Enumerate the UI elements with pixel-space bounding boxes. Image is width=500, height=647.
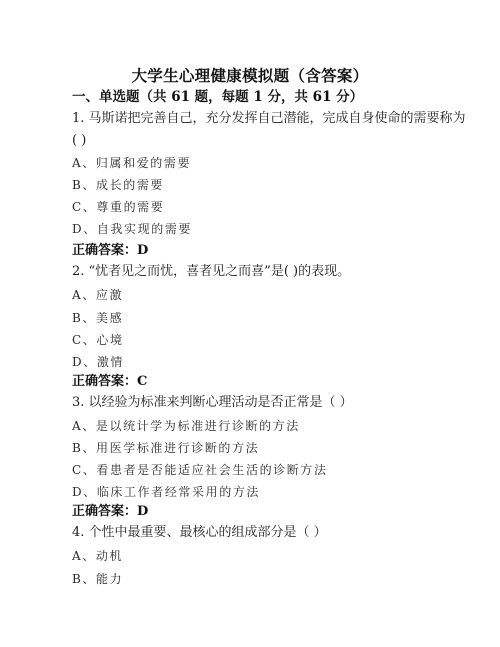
question-3-option-c: C、看患者是否能适应社会生活的诊断方法: [72, 461, 328, 479]
question-4-stem: 4. 个性中最重要、最核心的组成部分是（ ）: [72, 524, 327, 542]
document-title: 大学生心理健康模拟题（含答案）: [0, 64, 500, 86]
question-1-answer: 正确答案：D: [72, 242, 148, 260]
question-2-option-d: D、激情: [72, 353, 124, 371]
question-4-option-a: A、动机: [72, 547, 123, 565]
question-3-option-d: D、临床工作者经常采用的方法: [72, 483, 260, 501]
question-2-stem: 2. “忧者见之而忧，喜者见之而喜”是( )的表现。: [72, 263, 350, 281]
section-heading: 一、单选题（共 61 题，每题 1 分，共 61 分）: [72, 88, 363, 106]
question-1-option-d: D、自我实现的需要: [72, 220, 192, 238]
question-1-stem-continued: ( ): [72, 132, 86, 150]
question-1-option-b: B、成长的需要: [72, 176, 164, 194]
question-3-stem: 3. 以经验为标准来判断心理活动是否正常是（ ）: [72, 394, 353, 412]
question-2-answer: 正确答案：C: [72, 373, 147, 391]
question-2-option-a: A、应激: [72, 286, 123, 304]
question-2-option-c: C、心境: [72, 331, 124, 349]
question-3-option-a: A、是以统计学为标准进行诊断的方法: [72, 417, 300, 435]
question-4-option-b: B、能力: [72, 570, 123, 588]
question-2-option-b: B、美感: [72, 309, 123, 327]
question-1-option-a: A、归属和爱的需要: [72, 154, 191, 172]
question-1-option-c: C、尊重的需要: [72, 198, 164, 216]
question-3-answer: 正确答案：D: [72, 503, 148, 521]
document-page: 大学生心理健康模拟题（含答案） 一、单选题（共 61 题，每题 1 分，共 61…: [0, 0, 500, 647]
question-1-stem: 1. 马斯诺把完善自己，充分发挥自己潜能，完成自身使命的需要称为: [72, 110, 466, 128]
question-3-option-b: B、用医学标准进行诊断的方法: [72, 439, 259, 457]
